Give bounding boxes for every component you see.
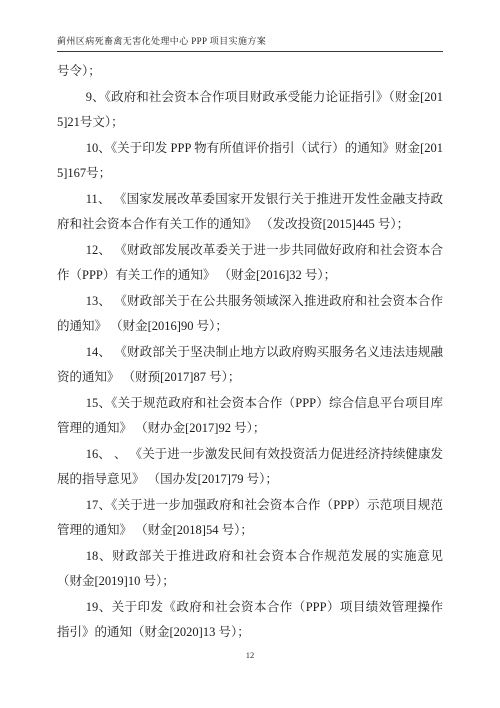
list-item-13: 13、 《财政部关于在公共服务领域深入推进政府和社会资本合作的通知》 （财金[2… [57, 289, 443, 340]
list-item-14: 14、 《财政部关于坚决制止地方以政府购买服务名义违法违规融资的通知》 （财预[… [57, 340, 443, 391]
document-page: 蓟州区病死畜禽无害化处理中心 PPP 项目实施方案 号令）； 9、《政府和社会资… [0, 0, 500, 708]
list-item-11: 11、 《国家发展改革委国家开发银行关于推进开发性金融支持政府和社会资本合作有关… [57, 187, 443, 238]
list-item-9: 9、《政府和社会资本合作项目财政承受能力论证指引》（财金[2015]21号文）； [57, 85, 443, 136]
paragraph-continuation: 号令）； [57, 59, 443, 85]
page-header: 蓟州区病死畜禽无害化处理中心 PPP 项目实施方案 [57, 34, 443, 52]
document-body: 号令）； 9、《政府和社会资本合作项目财政承受能力论证指引》（财金[2015]2… [57, 59, 443, 646]
list-item-16: 16、 、 《关于进一步激发民间有效投资活力促进经济持续健康发展的指导意见》 （… [57, 442, 443, 493]
list-item-12: 12、 《财政部发展改革委关于进一步共同做好政府和社会资本合作（PPP）有关工作… [57, 238, 443, 289]
list-item-10: 10、《关于印发 PPP 物有所值评价指引（试行）的通知》财金[2015]167… [57, 136, 443, 187]
page-footer: 12 [0, 650, 500, 660]
page-number: 12 [246, 650, 255, 660]
list-item-15: 15、《关于规范政府和社会资本合作（PPP）综合信息平台项目库管理的通知》 （财… [57, 391, 443, 442]
header-title: 蓟州区病死畜禽无害化处理中心 PPP 项目实施方案 [57, 36, 266, 46]
list-item-18: 18、财政部关于推进政府和社会资本合作规范发展的实施意见（财金[2019]10 … [57, 544, 443, 595]
list-item-17: 17、《关于进一步加强政府和社会资本合作（PPP）示范项目规范管理的通知》 （财… [57, 493, 443, 544]
list-item-19: 19、关于印发《政府和社会资本合作（PPP）项目绩效管理操作指引》的通知（财金[… [57, 595, 443, 646]
